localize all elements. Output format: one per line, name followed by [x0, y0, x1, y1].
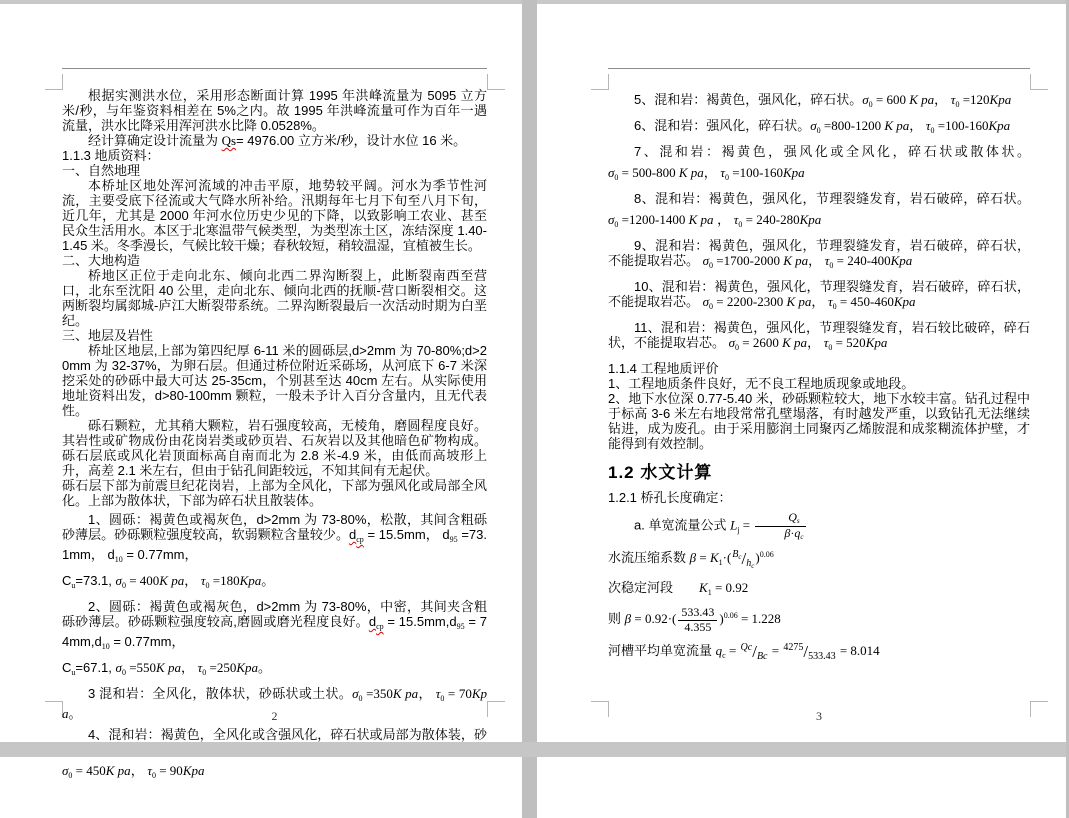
paragraph: 三、地层及岩性 — [62, 328, 487, 343]
crop-mark-bottom-right — [487, 701, 505, 717]
paragraph: 水流压缩系数 β = K1·(Bc/hc)0.06 — [608, 547, 1030, 574]
paragraph: 经计算确定设计流量为 Qs= 4976.00 立方米/秒，设计水位 16 米。 — [62, 133, 487, 148]
paragraph: Cu=73.1, σ0 = 400K pa， τ0 =180Kpa。 — [62, 573, 487, 593]
paragraph: σ0 = 450K pa， τ0 = 90Kpa — [62, 763, 487, 783]
paragraph: 1、工程地质条件良好，无不良工程地质现象或地段。 — [608, 376, 1030, 391]
paragraph: 次稳定河段 K1 = 0.92 — [608, 580, 1030, 600]
document-canvas: 根据实测洪水位，采用形态断面计算 1995 年洪峰流量为 5095 立方米/秒，… — [0, 0, 1069, 818]
paragraph: 砾石层下部为前震旦纪花岗岩，上部为全风化，下部为强风化或局部全风化。上部为散体状… — [62, 478, 487, 508]
page-number: 3 — [608, 709, 1030, 724]
paragraph: 2、圆砾：褐黄色或褐灰色，d>2mm 为 73-80%，中密，其间夹含粗砾砂薄层… — [62, 599, 487, 654]
paragraph: 9、混和岩：褐黄色，强风化，节理裂缝发育，岩石破碎，碎石状，不能提取岩芯。 σ0… — [608, 238, 1030, 273]
paragraph: 桥地区正位于走向北东、倾向北西二界沟断裂上，此断裂南西至营口，北东至沈阳 40 … — [62, 268, 487, 328]
paragraph: 则 β = 0.92·(533.434.355)0.06 = 1.228 — [608, 606, 1030, 633]
crop-mark-top-left — [45, 74, 63, 90]
paragraph: 本桥址区地处浑河流域的冲击平原，地势较平阔。河水为季节性河流，主要受底下径流或大… — [62, 178, 487, 253]
paragraph: 8、混和岩：褐黄色，强风化，节理裂缝发育，岩石破碎，碎石状。 — [608, 191, 1030, 206]
paragraph: 6、混和岩：强风化，碎石状。σ0 =800-1200 K pa， τ0 =100… — [608, 118, 1030, 138]
paragraph: 河槽平均单宽流量 qc = Qc/Bc = 4275/533.43 = 8.01… — [608, 640, 1030, 664]
page-gap-vertical — [522, 0, 537, 818]
paragraph: σ0 = 500-800 K pa， τ0 =100-160Kpa — [608, 165, 1030, 185]
page-gap-horizontal — [0, 742, 1069, 757]
paragraph: 根据实测洪水位，采用形态断面计算 1995 年洪峰流量为 5095 立方米/秒，… — [62, 88, 487, 133]
page-2-text[interactable]: 根据实测洪水位，采用形态断面计算 1995 年洪峰流量为 5095 立方米/秒，… — [62, 88, 487, 789]
crop-mark-bottom-left — [45, 701, 63, 717]
paragraph: 1.2.1 桥孔长度确定： — [608, 490, 1030, 505]
paragraph: 5、混和岩：褐黄色，强风化，碎石状。σ0 = 600 K pa， τ0 =120… — [608, 92, 1030, 112]
paragraph: 1、圆砾：褐黄色或褐灰色，d>2mm 为 73-80%，松散，其间含粗砾砂薄层。… — [62, 512, 487, 567]
paragraph: 二、大地构造 — [62, 253, 487, 268]
crop-mark-top-right — [1030, 74, 1048, 90]
crop-mark-top-left — [591, 74, 609, 90]
text-boundary-line — [62, 68, 487, 69]
paragraph: 1.1.4 工程地质评价 — [608, 361, 1030, 376]
paragraph: 砾石颗粒，尤其稍大颗粒，岩石强度较高，无棱角，磨圆程度良好。其岩性或矿物成份由花… — [62, 418, 487, 478]
paragraph: 7、混和岩：褐黄色，强风化或全风化，碎石状或散体状。 — [608, 144, 1030, 159]
paragraph: 桥址区地层,上部为第四纪厚 6-11 米的圆砾层,d>2mm 为 70-80%;… — [62, 343, 487, 418]
crop-mark-bottom-left — [591, 701, 609, 717]
page-2[interactable]: 根据实测洪水位，采用形态断面计算 1995 年洪峰流量为 5095 立方米/秒，… — [0, 4, 522, 742]
page-3-text[interactable]: 5、混和岩：褐黄色，强风化，碎石状。σ0 = 600 K pa， τ0 =120… — [608, 88, 1030, 670]
page-3[interactable]: 5、混和岩：褐黄色，强风化，碎石状。σ0 = 600 K pa， τ0 =120… — [537, 4, 1066, 742]
paragraph: 11、混和岩：褐黄色，强风化，节理裂缝发育，岩石较比破碎，碎石状，不能提取岩芯。… — [608, 320, 1030, 355]
paragraph: 2、地下水位深 0.77-5.40 米，砂砾颗粒较大，地下水较丰富。钻孔过程中于… — [608, 391, 1030, 451]
paragraph: 10、混和岩：褐黄色，强风化，节理裂缝发育，岩石破碎，碎石状，不能提取岩芯。 σ… — [608, 279, 1030, 314]
paragraph: Cu=67.1, σ0 =550K pa， τ0 =250Kpa。 — [62, 660, 487, 680]
paragraph: a. 单宽流量公式 Lj = Qsβ·qc — [608, 511, 1030, 541]
paragraph: 一、自然地理 — [62, 163, 487, 178]
paragraph: 1.2 水文计算 — [608, 465, 1030, 480]
crop-mark-bottom-right — [1030, 701, 1048, 717]
crop-mark-top-right — [487, 74, 505, 90]
paragraph: σ0 =1200-1400 K pa ， τ0 = 240-280Kpa — [608, 212, 1030, 232]
page-number: 2 — [62, 709, 487, 724]
text-boundary-line — [608, 68, 1030, 69]
paragraph: 1.1.3 地质资料： — [62, 148, 487, 163]
